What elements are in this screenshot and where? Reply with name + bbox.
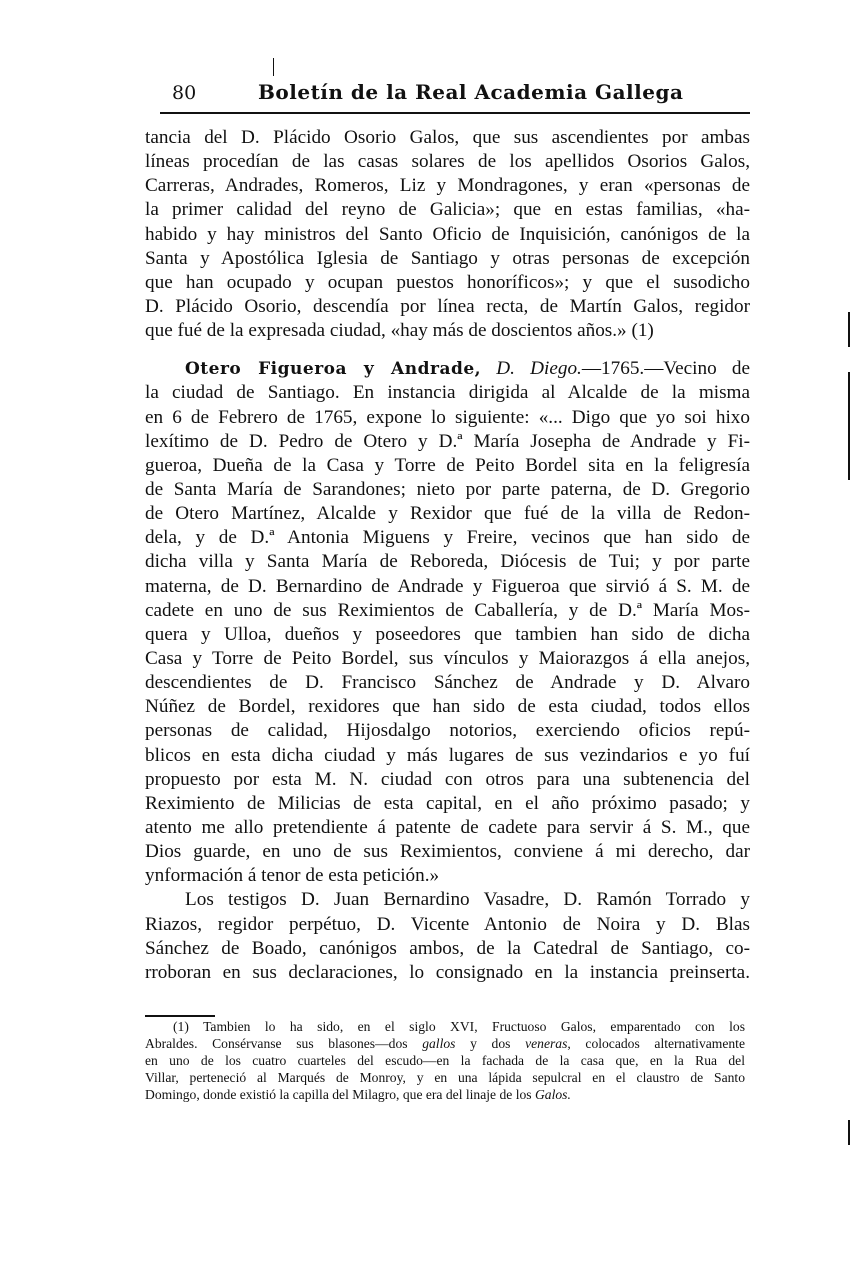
text-line: Dios guarde, en uno de sus Reximientos, …: [145, 840, 750, 864]
text-line: propuesto por esta M. N. ciudad con otro…: [145, 768, 750, 792]
footnote-rule: [145, 1015, 215, 1017]
running-title: Boletín de la Real Academia Gallega: [258, 80, 683, 104]
page-header: 80 Boletín de la Real Academia Gallega: [160, 82, 750, 112]
text-line: habido y hay ministros del Santo Oficio …: [145, 223, 750, 247]
text-line: gueroa, Dueña de la Casa y Torre de Peit…: [145, 454, 750, 478]
footnote-marker: (1): [173, 1019, 189, 1034]
text-line: Riazos, regidor perpétuo, D. Vicente Ant…: [145, 913, 750, 937]
text-line: materna, de D. Bernardino de Andrade y F…: [145, 575, 750, 599]
footnote-line: en uno de los cuatro cuarteles del escud…: [145, 1052, 745, 1069]
witnesses-paragraph: Los testigos D. Juan Bernardino Vasadre,…: [145, 888, 750, 985]
text-line: Reximiento de Milicias de esta capital, …: [145, 792, 750, 816]
footnote-line: Domingo, donde existió la capilla del Mi…: [145, 1086, 745, 1103]
text-line: Carreras, Andrades, Romeros, Liz y Mondr…: [145, 174, 750, 198]
entry-heading-line: Otero Figueroa y Andrade, D. Diego.—1765…: [145, 357, 750, 381]
text-line: Núñez de Bordel, rexidores que han sido …: [145, 695, 750, 719]
scanned-page: 80 Boletín de la Real Academia Gallega t…: [0, 0, 850, 1267]
text-line: rroboran en sus declaraciones, lo consig…: [145, 961, 750, 985]
text-line: D. Plácido Osorio, descendía por línea r…: [145, 295, 750, 319]
text-line: blicos en esta dicha ciudad y más lugare…: [145, 744, 750, 768]
entry-given-name: D. Diego.: [496, 358, 582, 379]
footnote: (1) Tambien lo ha sido, en el siglo XVI,…: [145, 1018, 745, 1103]
text-line: líneas procedían de las casas solares de…: [145, 150, 750, 174]
paragraph-continuation: tancia del D. Plácido Osorio Galos, que …: [145, 126, 750, 343]
entry-date: —1765.—Vecino de: [582, 358, 750, 379]
text-line: Los testigos D. Juan Bernardino Vasadre,…: [145, 888, 750, 912]
body-text: tancia del D. Plácido Osorio Galos, que …: [145, 126, 750, 985]
text-line: quera y Ulloa, dueños y poseedores que t…: [145, 623, 750, 647]
text-line: Santa y Apostólica Iglesia de Santiago y…: [145, 247, 750, 271]
text-line: la ciudad de Santiago. En instancia diri…: [145, 381, 750, 405]
text-line: atento me allo pretendiente á patente de…: [145, 816, 750, 840]
footnote-line: (1) Tambien lo ha sido, en el siglo XVI,…: [145, 1018, 745, 1035]
entry-name: Otero Figueroa y Andrade,: [185, 359, 481, 379]
text-line: Sánchez de Boado, canónigos ambos, de la…: [145, 937, 750, 961]
text-line: de Santa María de Sarandones; nieto por …: [145, 478, 750, 502]
text-line: tancia del D. Plácido Osorio Galos, que …: [145, 126, 750, 150]
text-line: que han ocupado y ocupan puestos honoríf…: [145, 271, 750, 295]
text-line: Casa y Torre de Peito Bordel, sus víncul…: [145, 647, 750, 671]
entry-paragraph: Otero Figueroa y Andrade, D. Diego.—1765…: [145, 357, 750, 888]
footnote-line: Villar, perteneció al Marqués de Monroy,…: [145, 1069, 745, 1086]
page-number: 80: [172, 82, 196, 104]
text-line: de Otero Martínez, Alcalde y Rexidor que…: [145, 502, 750, 526]
text-line: lexítimo de D. Pedro de Otero y D.ª Marí…: [145, 430, 750, 454]
text-line: cadete en uno de sus Reximientos de Caba…: [145, 599, 750, 623]
scan-margin-mark: [273, 58, 274, 76]
text-line: la primer calidad del reyno de Galicia»;…: [145, 198, 750, 222]
footnote-line: Abraldes. Consérvanse sus blasones—dos g…: [145, 1035, 745, 1052]
text-line: dicha villa y Santa María de Reboreda, D…: [145, 550, 750, 574]
text-line: en 6 de Febrero de 1765, expone lo sigui…: [145, 406, 750, 430]
text-line: ynformación á tenor de esta petición.»: [145, 864, 750, 888]
text-line: dela, y de D.ª Antonia Miguens y Freire,…: [145, 526, 750, 550]
text-line: descendientes de D. Francisco Sánchez de…: [145, 671, 750, 695]
text-line: personas de calidad, Hijosdalgo notorios…: [145, 719, 750, 743]
text-line: que fué de la expresada ciudad, «hay más…: [145, 319, 750, 343]
header-rule: [160, 112, 750, 114]
